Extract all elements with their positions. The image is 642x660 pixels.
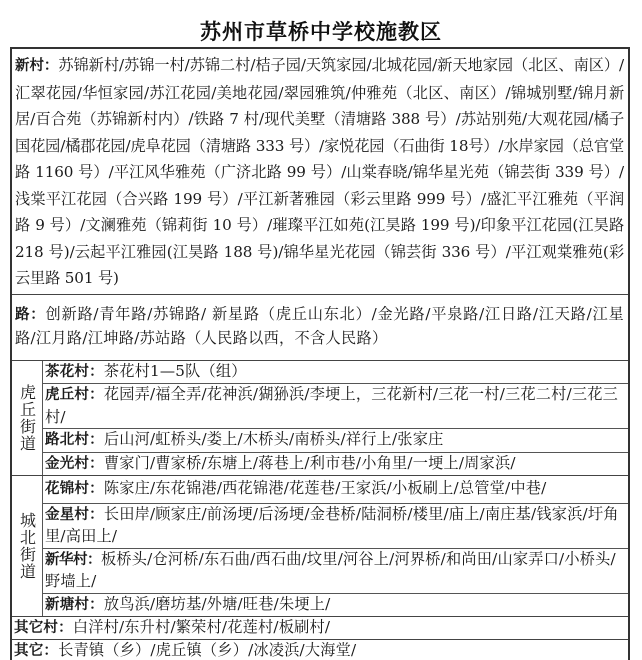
village-content: 曹家门/曹家桥/东塘上/蒋巷上/利市巷/小角里/一埂上/周家浜/	[104, 454, 516, 472]
district-name: 虎丘街道	[12, 361, 43, 476]
roads-label: 路：	[15, 307, 46, 323]
village-row-huajin: 花锦村：陈家庄/东花锦港/西花锦港/花莲巷/王家浜/小板刷上/总管堂/中巷/	[43, 476, 628, 504]
village-row-lubei: 路北村：后山河/虹桥头/娄上/木桥头/南桥头/祥行上/张家庄	[43, 429, 628, 453]
other-villages-section: 其它村：白洋村/东升村/繁荣村/花莲村/板刷村/	[12, 617, 628, 640]
page-title: 苏州市草桥中学校施教区	[0, 16, 642, 46]
district-name: 城北街道	[12, 476, 43, 616]
others-label: 其它：	[14, 643, 58, 659]
other-villages-label: 其它村：	[14, 620, 73, 636]
village-content: 后山河/虹桥头/娄上/木桥头/南桥头/祥行上/张家庄	[104, 430, 444, 448]
village-label: 金星村：	[45, 507, 104, 523]
roads-list: 创新路/青年路/苏锦路/ 新星路（虎丘山东北）/金光路/平泉路/江日路/江天路/…	[15, 305, 624, 347]
village-label: 新塘村：	[45, 597, 104, 613]
village-label: 金光村：	[45, 456, 104, 472]
village-content: 花园弄/福全弄/花神浜/猢狲浜/李埂上，三花新村/三花一村/三花二村/三花三村/	[45, 385, 618, 426]
village-row-xinhua: 新华村：板桥头/仓河桥/东石曲/西石曲/坟里/河谷上/河界桥/和尚田/山家弄口/…	[43, 549, 628, 594]
district-huqiu: 虎丘街道 茶花村：茶花村1—5队（组） 虎丘村：花园弄/福全弄/花神浜/猢狲浜/…	[12, 361, 628, 477]
village-label: 新华村：	[45, 552, 101, 568]
village-label: 虎丘村：	[45, 387, 104, 403]
others-list: 长青镇（乡）/虎丘镇（乡）/冰凌浜/大海堂/	[58, 641, 356, 659]
village-content: 放鸟浜/磨坊基/外塘/旺巷/朱埂上/	[104, 595, 331, 613]
village-row-chahua: 茶花村：茶花村1—5队（组）	[43, 361, 628, 385]
village-row-huqiu: 虎丘村：花园弄/福全弄/花神浜/猢狲浜/李埂上，三花新村/三花一村/三花二村/三…	[43, 384, 628, 429]
roads-section: 路：创新路/青年路/苏锦路/ 新星路（虎丘山东北）/金光路/平泉路/江日路/江天…	[12, 295, 628, 361]
village-content: 茶花村1—5队（组）	[104, 362, 247, 380]
village-row-jinguang: 金光村：曹家门/曹家桥/东塘上/蒋巷上/利市巷/小角里/一埂上/周家浜/	[43, 453, 628, 476]
new-villages-section: 新村：苏锦新村/苏锦一村/苏锦二村/桔子园/天筑家园/北城花园/新天地家园（北区…	[12, 49, 628, 295]
village-row-xintang: 新塘村：放鸟浜/磨坊基/外塘/旺巷/朱埂上/	[43, 594, 628, 617]
other-villages-list: 白洋村/东升村/繁荣村/花莲村/板刷村/	[73, 618, 330, 636]
district-chengbei: 城北街道 花锦村：陈家庄/东花锦港/西花锦港/花莲巷/王家浜/小板刷上/总管堂/…	[12, 476, 628, 617]
new-villages-label: 新村：	[15, 58, 58, 74]
village-label: 茶花村：	[45, 364, 104, 380]
district-rows: 茶花村：茶花村1—5队（组） 虎丘村：花园弄/福全弄/花神浜/猢狲浜/李埂上，三…	[43, 361, 628, 476]
village-label: 花锦村：	[45, 481, 104, 497]
village-content: 板桥头/仓河桥/东石曲/西石曲/坟里/河谷上/河界桥/和尚田/山家弄口/小桥头/…	[45, 550, 616, 591]
village-content: 长田岸/顾家庄/前汤埂/后汤埂/金巷桥/陆洞桥/楼里/庙上/南庄基/钱家浜/圩角…	[45, 505, 619, 546]
village-label: 路北村：	[45, 432, 104, 448]
village-content: 陈家庄/东花锦港/西花锦港/花莲巷/王家浜/小板刷上/总管堂/中巷/	[104, 479, 547, 497]
others-section: 其它：长青镇（乡）/虎丘镇（乡）/冰凌浜/大海堂/	[12, 640, 628, 660]
village-row-jinxing: 金星村：长田岸/顾家庄/前汤埂/后汤埂/金巷桥/陆洞桥/楼里/庙上/南庄基/钱家…	[43, 504, 628, 549]
new-villages-list: 苏锦新村/苏锦一村/苏锦二村/桔子园/天筑家园/北城花园/新天地家园（北区、南区…	[15, 56, 624, 287]
school-district-table: 新村：苏锦新村/苏锦一村/苏锦二村/桔子园/天筑家园/北城花园/新天地家园（北区…	[10, 47, 630, 660]
district-rows: 花锦村：陈家庄/东花锦港/西花锦港/花莲巷/王家浜/小板刷上/总管堂/中巷/ 金…	[43, 476, 628, 616]
